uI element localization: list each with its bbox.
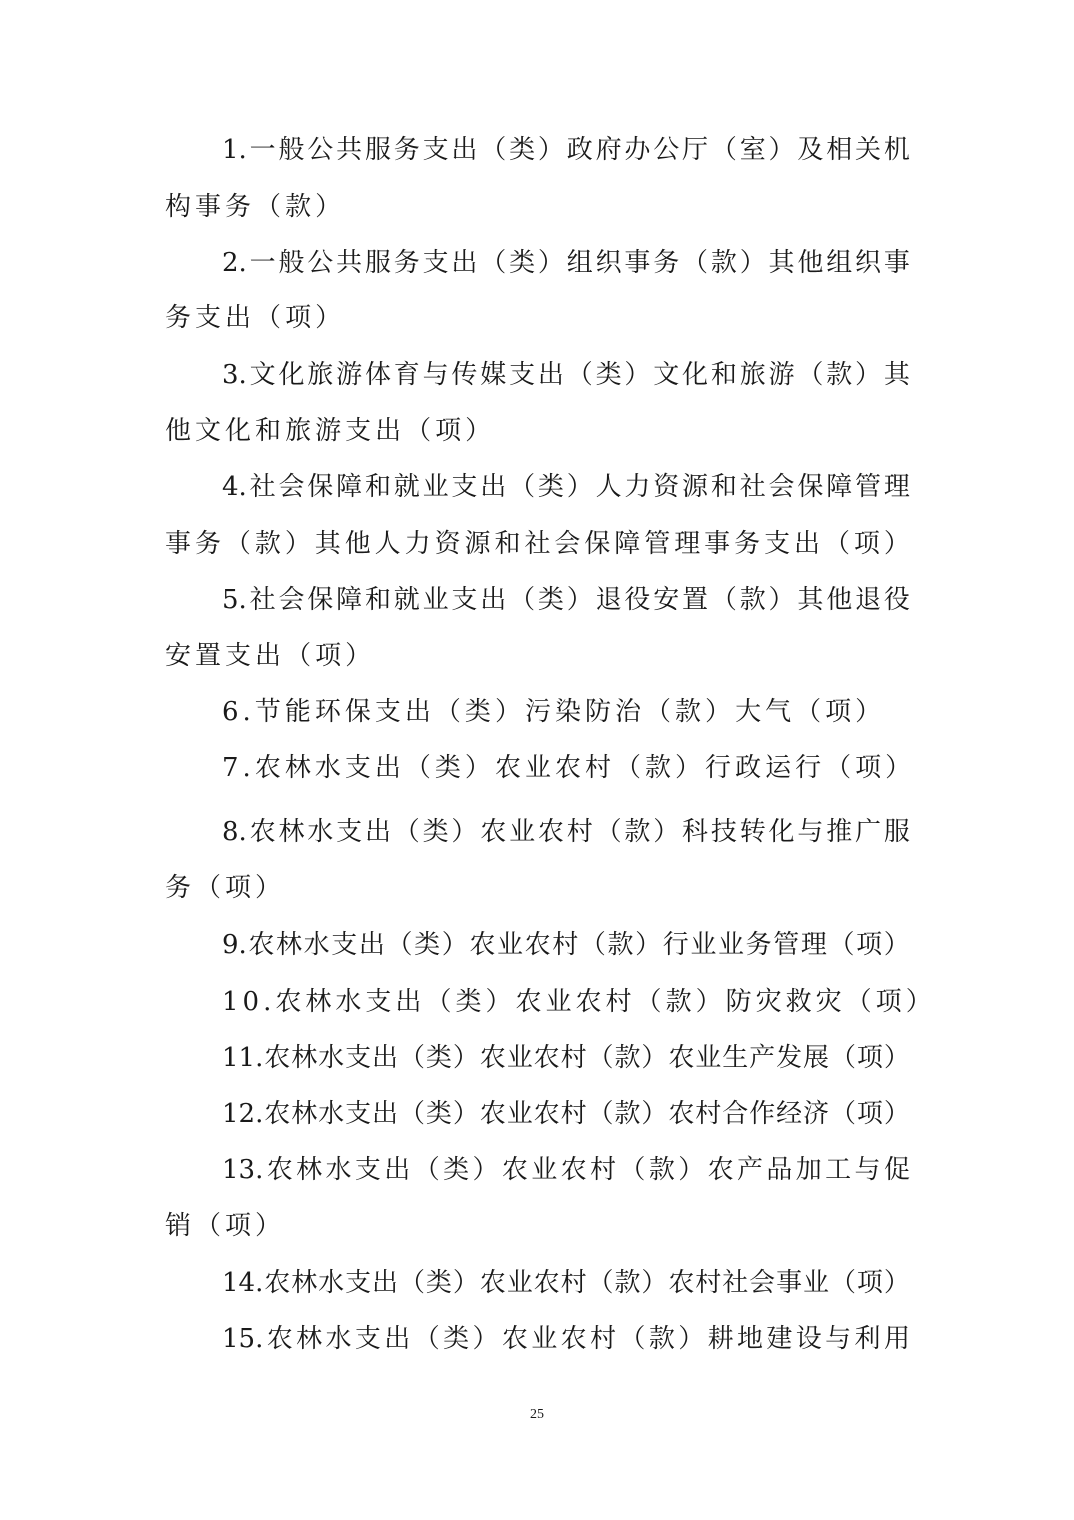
item-number: 4. xyxy=(222,467,247,507)
expenditure-item-line: 安置支出（项） xyxy=(165,636,910,676)
document-page: 1.一般公共服务支出（类）政府办公厅（室）及相关机构事务（款）2.一般公共服务支… xyxy=(0,0,1074,1520)
expenditure-item-line: 1.一般公共服务支出（类）政府办公厅（室）及相关机 xyxy=(222,130,910,170)
expenditure-item-line: 2.一般公共服务支出（类）组织事务（款）其他组织事 xyxy=(222,243,910,283)
expenditure-item-line: 务（项） xyxy=(165,868,910,908)
item-number: 13. xyxy=(222,1150,263,1190)
expenditure-item-line: 7.农林水支出（类）农业农村（款）行政运行（项） xyxy=(222,748,910,788)
item-number: 12. xyxy=(222,1094,263,1134)
expenditure-item-line: 10.农林水支出（类）农业农村（款）防灾救灾（项） xyxy=(222,982,910,1022)
expenditure-item-line: 3.文化旅游体育与传媒支出（类）文化和旅游（款）其 xyxy=(222,355,910,395)
item-number: 2. xyxy=(222,243,247,283)
item-number: 6. xyxy=(222,692,255,732)
expenditure-item-line: 12.农林水支出（类）农业农村（款）农村合作经济（项） xyxy=(222,1094,910,1134)
expenditure-item-line: 6.节能环保支出（类）污染防治（款）大气（项） xyxy=(222,692,910,732)
expenditure-item-line: 8.农林水支出（类）农业农村（款）科技转化与推广服 xyxy=(222,812,910,852)
expenditure-item-line: 4.社会保障和就业支出（类）人力资源和社会保障管理 xyxy=(222,467,910,507)
item-number: 10. xyxy=(222,982,275,1022)
expenditure-item-line: 13.农林水支出（类）农业农村（款）农产品加工与促 xyxy=(222,1150,910,1190)
item-number: 9. xyxy=(222,925,247,965)
expenditure-item-line: 11.农林水支出（类）农业农村（款）农业生产发展（项） xyxy=(222,1038,910,1078)
item-number: 5. xyxy=(222,580,247,620)
expenditure-item-line: 9.农林水支出（类）农业农村（款）行业业务管理（项） xyxy=(222,925,910,965)
expenditure-item-line: 他文化和旅游支出（项） xyxy=(165,411,910,451)
expenditure-item-line: 构事务（款） xyxy=(165,187,910,227)
expenditure-item-line: 15.农林水支出（类）农业农村（款）耕地建设与利用 xyxy=(222,1319,910,1359)
item-number: 3. xyxy=(222,355,247,395)
expenditure-item-line: 务支出（项） xyxy=(165,298,910,338)
item-number: 8. xyxy=(222,812,247,852)
expenditure-item-line: 5.社会保障和就业支出（类）退役安置（款）其他退役 xyxy=(222,580,910,620)
item-number: 15. xyxy=(222,1319,263,1359)
item-number: 11. xyxy=(222,1038,263,1078)
item-number: 14. xyxy=(222,1263,263,1303)
page-number: 25 xyxy=(0,1407,1074,1423)
expenditure-item-line: 事务（款）其他人力资源和社会保障管理事务支出（项） xyxy=(165,524,910,564)
expenditure-item-line: 14.农林水支出（类）农业农村（款）农村社会事业（项） xyxy=(222,1263,910,1303)
item-number: 1. xyxy=(222,130,247,170)
item-number: 7. xyxy=(222,748,255,788)
expenditure-item-line: 销（项） xyxy=(165,1206,910,1246)
